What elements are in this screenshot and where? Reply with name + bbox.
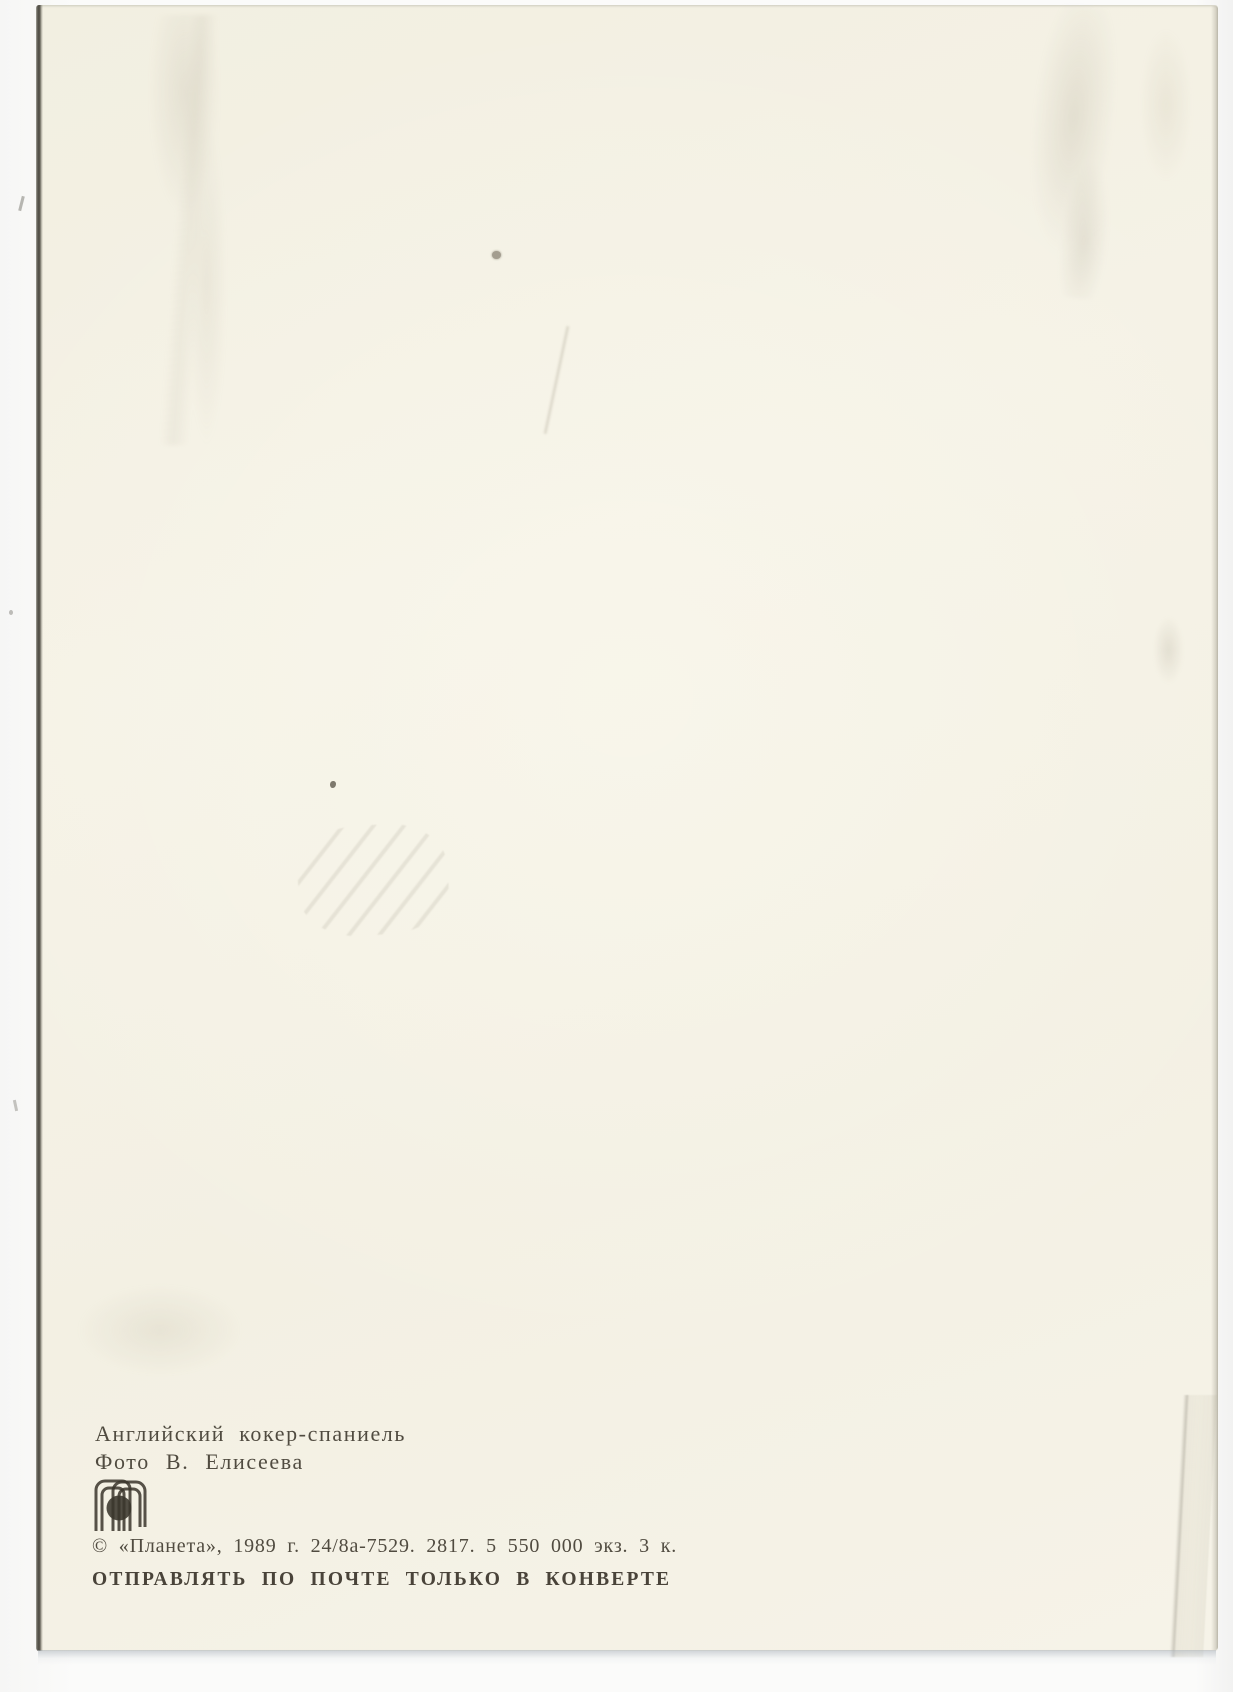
scanner-bed-speck: [18, 196, 25, 211]
mailing-instruction: ОТПРАВЛЯТЬ ПО ПОЧТЕ ТОЛЬКО В КОНВЕРТЕ: [92, 1569, 671, 1591]
paper-blotch-bottom-left: [70, 1275, 270, 1385]
card-right-edge-shadow: [1211, 6, 1218, 1650]
paper-smudge-top-left: [126, 15, 256, 445]
scanner-bed-speck: [13, 1100, 18, 1111]
paper-crease-mark: [544, 326, 570, 434]
paper-smudge-center: [294, 820, 451, 940]
postcard-scan: Английский кокер-спаниель Фото В. Елисее…: [0, 0, 1233, 1692]
paper-speck: [492, 251, 501, 259]
photo-credit: Фото В. Елисеева: [95, 1449, 304, 1475]
paper-crease-bottom-right: [1147, 1395, 1217, 1657]
subject-caption: Английский кокер-спаниель: [95, 1421, 406, 1447]
scanner-bed-speck: [9, 610, 13, 615]
planeta-publisher-logo: [92, 1477, 148, 1533]
paper-smudge-top-right: [945, 0, 1164, 304]
paper-smudge-right: [1146, 605, 1191, 695]
card-bottom-shadow: [38, 1650, 1216, 1665]
paper-speck: [330, 781, 336, 788]
postcard-back: Английский кокер-спаниель Фото В. Елисее…: [36, 5, 1218, 1651]
imprint-line: © «Планета», 1989 г. 24/8а-7529. 2817. 5…: [92, 1535, 677, 1558]
paper-stain-right: [1131, 20, 1201, 190]
card-left-edge-shadow: [36, 5, 43, 1651]
